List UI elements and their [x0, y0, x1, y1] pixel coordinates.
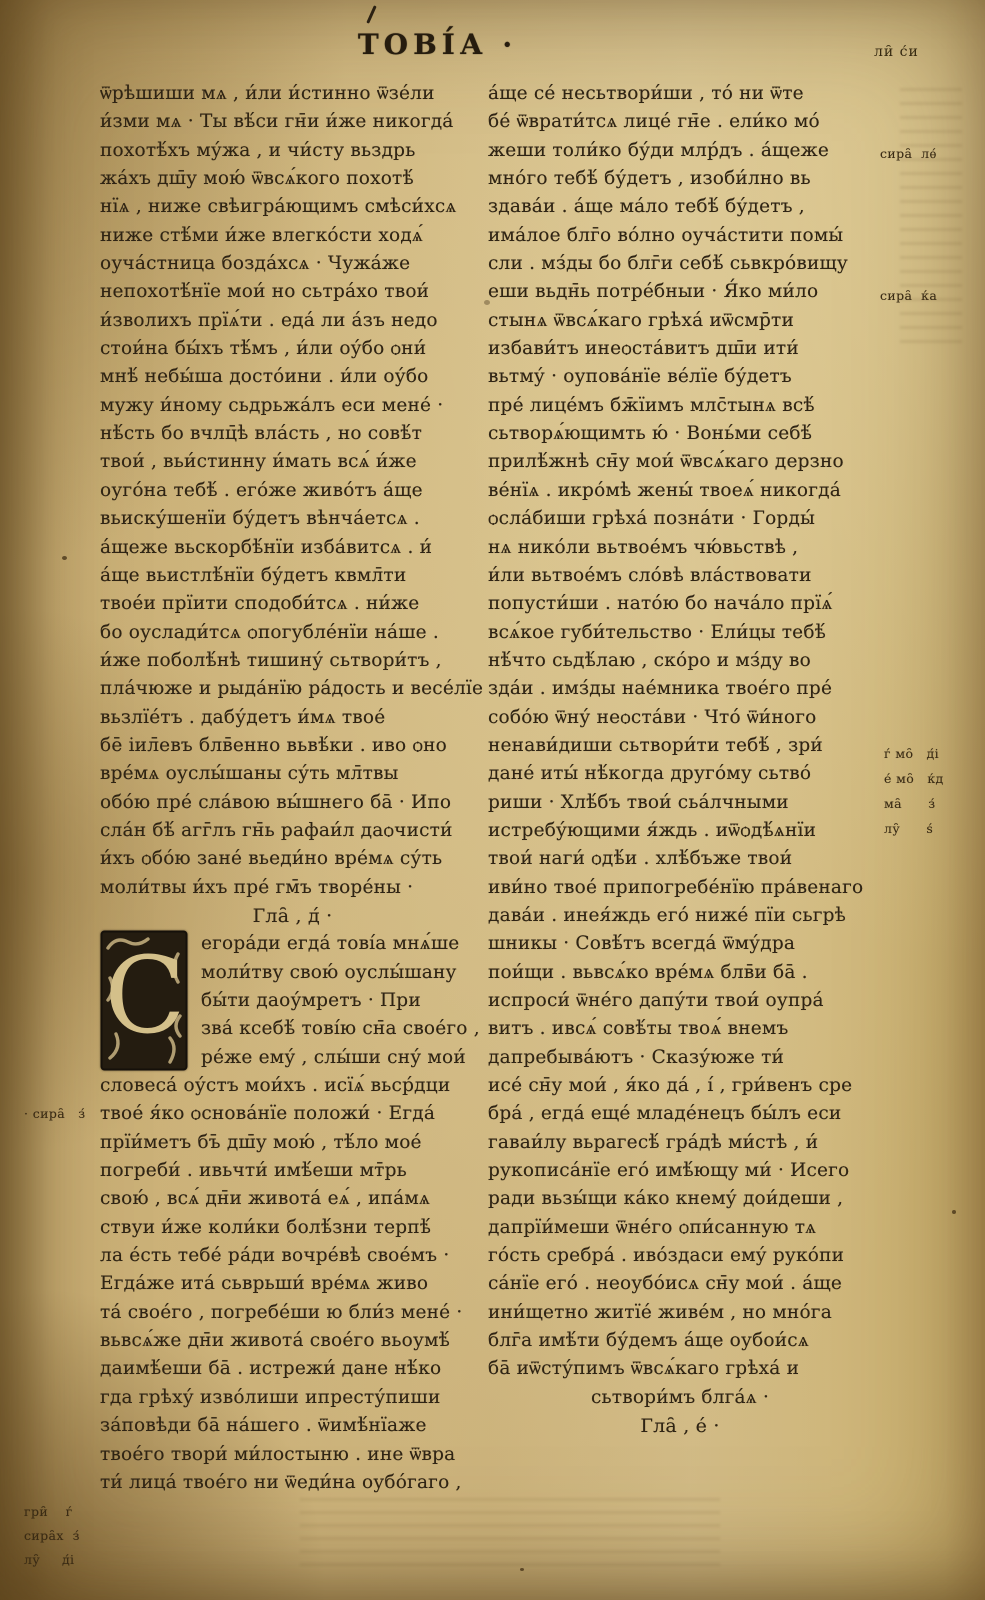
text-line: твое́и прїити сподоби́тсѧ . ни́же: [100, 590, 485, 618]
text-line: ини́щетно житїе́ живе́м , но мно́га: [488, 1299, 872, 1327]
text-line: избави́тъ инеѻста́витъ дш̄и ити́: [488, 335, 872, 363]
text-line: ре́же ему́ , слы́ши сну́ мои́: [201, 1044, 485, 1072]
text-line: ти́ лица́ твое́го ни ѿеди́на оубо́гаго ,: [100, 1469, 485, 1497]
text-line: рукописа́нїе его́ имѣ́ющу ми́ · Исего: [488, 1157, 872, 1185]
text-line: похотѣ́хъ му́жа , и чи́сту вьздрь: [100, 137, 485, 165]
paper-speck: [520, 1568, 524, 1571]
text-line: прилѣ́жнѣ сн̄у мои́ ѿвсѧ́каго дерзно: [488, 448, 872, 476]
text-line: има́лое блг̄о во́лно оуча́стити помы́: [488, 222, 872, 250]
margin-note-references: гри̑ ѓсира̑х з́лу̑ д́і: [24, 1428, 80, 1572]
margin-note-sirach: сира̑ ќа: [880, 288, 937, 303]
text-line: здава́и . а́ще ма́ло тебѣ́ бу́детъ ,: [488, 193, 872, 221]
text-line: еши вьдн̄ь потре́бныи · Я́ко ми́ло: [488, 278, 872, 306]
text-line: твое́го твори́ ми́лостыню . ине ѿвра: [100, 1441, 485, 1469]
text-line: и́же поболѣ́нѣ тишину́ сьтвори́тъ ,: [100, 647, 485, 675]
text-line: собо́ю ѿну́ неѻста́ви · Что́ ѿи́ного: [488, 704, 872, 732]
text-line: вьвсѧ́же дн̄и живота́ свое́го вьоумѣ́: [100, 1327, 485, 1355]
text-column-left: ѿрѣшиши мѧ , и́ли и́стинно ѿзе́лии́зми м…: [100, 80, 485, 1497]
text-line: за́повѣди ба̄ на́шего . ѿимѣ́нїаже: [100, 1412, 485, 1440]
initial-letter: С: [104, 934, 185, 1057]
text-line: бе́ ѿврати́тсѧ лице́ гн̄е . ели́ко мо́: [488, 108, 872, 136]
text-line: Егда́же ита́ сьврьши́ вре́мѧ живо: [100, 1270, 485, 1298]
text-line: егора́ди егда́ тові́а мнѧ́ше: [201, 930, 485, 958]
margin-ref-row: ма̑ з́: [884, 791, 944, 816]
text-line: нѣ́сть бо вчлц̄ѣ вла́сть , но совѣ́т: [100, 420, 485, 448]
text-line: нїѧ , ниже свѣигра́ющимъ смѣси́хсѧ: [100, 193, 485, 221]
text-line: бе̄ іил̄евъ блв̄енно вьвѣ́ки . иво ѻно: [100, 732, 485, 760]
text-line: испроси́ ѿне́го дапу́ти твои́ оупра́: [488, 987, 872, 1015]
text-line: истребу́ющими я́ждь . иѿѻдѣ́ѧнїи: [488, 817, 872, 845]
text-line: непохотѣ́нїе мои́ но сьтра́хо твои́: [100, 278, 485, 306]
text-line: свою́ , всѧ́ дн̄и живота́ еѧ́ , ипа́мѧ: [100, 1185, 485, 1213]
text-line: пои́щи . вьвсѧ́ко вре́мѧ блв̄и ба̄ .: [488, 959, 872, 987]
dropcap-row: С егора́ди егда́ тові́а мнѧ́шемоли́тву с…: [100, 930, 485, 1072]
text-line: а́щеже вьскорбѣ́нїи изба́витсѧ . и́: [100, 534, 485, 562]
text-line: дапрїи́меши ѿне́го ѻпи́санную тѧ: [488, 1214, 872, 1242]
text-line: сьтворѧ́ющимть ю́ · Вонь́ми себѣ́: [488, 420, 872, 448]
paper-speck: [62, 556, 67, 560]
left-lines-bottom: словеса́ оу́стъ мои́хъ . исїѧ́ вьср́дцит…: [100, 1072, 485, 1497]
text-line: и́зми мѧ · Ты вѣ́си гн̄и и́же никогда́: [100, 108, 485, 136]
chapter-heading-5: Гла̑ , е́ ·: [488, 1412, 872, 1440]
text-line: мужу и́ному сьдрьжа́лъ еси мене́ ·: [100, 392, 485, 420]
margin-note-sirach: · сира̑ з́: [24, 1106, 85, 1121]
right-lines: а́ще се́ несьтвори́ши , то́ ни ѿтебе́ ѿв…: [488, 80, 872, 1384]
book-page: ТОВІ́А · ли̑ с́и ѿрѣшиши мѧ , и́ли и́сти…: [0, 0, 985, 1600]
ornate-woodcut-initial: С: [100, 930, 188, 1071]
text-line: вьиску́шенїи бу́детъ вѣнча́етсѧ .: [100, 505, 485, 533]
text-line: моли́твы и́хъ пре́ гм̄ъ творе́ны ·: [100, 874, 485, 902]
text-line: дане́ иты́ нѣ́когда друго́му сьтво́: [488, 760, 872, 788]
text-line: пре́ лице́мъ бж̄їимъ млс̄тынѧ всѣ́: [488, 392, 872, 420]
text-line: ве́нїѧ . икро́мѣ жены́ твоеѧ́ никогда́: [488, 477, 872, 505]
text-line: твое́ я́ко ѻснова́нїе положи́ · Егда́: [100, 1100, 485, 1128]
margin-note-sirach: сира̑ лѳ́: [880, 146, 937, 161]
text-line: иви́но твое́ припогребе́нїю пра́венаго: [488, 874, 872, 902]
text-line: зва́ ксебѣ́ тові́ю сн̄а свое́го ,: [201, 1015, 485, 1043]
text-line: са́нїе его́ . неоубо́исѧ сн̄у мои́ . а́щ…: [488, 1270, 872, 1298]
text-line: гаваи́лу вьрагесѣ́ гра́дѣ ми́стѣ , и́: [488, 1129, 872, 1157]
text-line: мно́го тебѣ́ бу́детъ , изоби́лно вь: [488, 165, 872, 193]
text-line: попусти́ши . нато́ю бо нача́ло прїѧ́: [488, 590, 872, 618]
text-line: твои́ наги́ ѻдѣ́и . хлѣ́бъже твои́: [488, 845, 872, 873]
margin-ref-row: сира̑х з́: [24, 1524, 80, 1548]
text-line: пла́чюже и рыда́нїю ра́дость и весе́лїе: [100, 675, 485, 703]
margin-ref-row: лу̑ д́і: [24, 1548, 80, 1572]
text-line: стои́на бы́хъ тѣ́мъ , и́ли оу́бо ѻни́: [100, 335, 485, 363]
text-column-right: а́ще се́ несьтвори́ши , то́ ни ѿтебе́ ѿв…: [488, 80, 872, 1441]
text-line: твои́ , вьи́стинну и́мать всѧ́ и́же: [100, 448, 485, 476]
text-line: исе́ сн̄у мои́ , я́ко да́ , і́ , гри́вен…: [488, 1072, 872, 1100]
text-line: дапребыва́ютъ · Сказу́юже ти́: [488, 1044, 872, 1072]
text-line: нѧ нико́ли вьтвое́мъ чю́вьствѣ ,: [488, 534, 872, 562]
text-line: блг̄а имѣ́ти бу́демъ а́ще оубои́сѧ: [488, 1327, 872, 1355]
text-line: оуча́стница бозда́хсѧ · Чужа́же: [100, 250, 485, 278]
text-line: гда грѣху́ изво́лиши ипресту́пиши: [100, 1384, 485, 1412]
left-lines-top: ѿрѣшиши мѧ , и́ли и́стинно ѿзе́лии́зми м…: [100, 80, 485, 902]
text-line: стынѧ ѿвсѧ́каго грѣха́ иѿсмр̄ти: [488, 307, 872, 335]
text-line: жа́хъ дш̄у мою́ ѿвсѧ́кого похотѣ́: [100, 165, 485, 193]
text-line: зда́и . имз́ды нае́мника твое́го пре́: [488, 675, 872, 703]
ink-mark: [366, 5, 376, 24]
margin-ref-row: лу̑ ѕ́: [884, 816, 944, 841]
text-line: и́ли вьтвое́мъ сло́вѣ вла́ствовати: [488, 562, 872, 590]
left-lines-beside-initial: егора́ди егда́ тові́а мнѧ́шемоли́тву сво…: [201, 930, 485, 1072]
text-line: погреби́ . ивьчти́ имѣ́еши мт̄рь: [100, 1157, 485, 1185]
folio-marker: ли̑ с́и: [874, 44, 919, 60]
text-line: вьтму́ · оупова́нїе ве́лїе бу́детъ: [488, 363, 872, 391]
margin-note-references: ѓ мо̑ д́іе́ мо̑ ќдма̑ з́лу̑ ѕ́: [884, 666, 944, 841]
showthrough-block: [900, 88, 962, 343]
text-line: ѿрѣшиши мѧ , и́ли и́стинно ѿзе́ли: [100, 80, 485, 108]
margin-ref-row: ѓ мо̑ д́і: [884, 741, 944, 766]
text-line: и́зволихъ прїѧ́ти . еда́ ли а́зъ недо: [100, 307, 485, 335]
text-line: ствуи и́же коли́ки болѣ́зни терпѣ́: [100, 1214, 485, 1242]
text-line: моли́тву свою́ оуслы́шану: [201, 959, 485, 987]
text-line: ла е́сть тебе́ ра́ди вочре́вѣ свое́мъ ·: [100, 1242, 485, 1270]
text-line: сла́н бѣ́ агг̄лъ гн̄ь рафаи́л даѻчисти́: [100, 817, 485, 845]
showthrough-block: [300, 1498, 720, 1568]
text-line: ненави́диши сьтвори́ти тебѣ́ , зри́: [488, 732, 872, 760]
text-line: го́сть сребра́ . иво́здаси ему́ руко́пи: [488, 1242, 872, 1270]
text-line: ниже стѣ́ми и́же влегко́сти ходѧ́: [100, 222, 485, 250]
text-line: риши · Хлѣ́бъ твои́ сьа́лчными: [488, 789, 872, 817]
text-line: даимѣ́еши ба̄ . истрежи́ дане нѣ́ко: [100, 1355, 485, 1383]
page-title: ТОВІ́А ·: [0, 28, 875, 61]
text-line: жеши толи́ко бу́ди млр́дъ . а́щеже: [488, 137, 872, 165]
text-line: сли . мз́ды бо блг̄и себѣ́ сьвкро́вищу: [488, 250, 872, 278]
margin-ref-row: гри̑ ѓ: [24, 1500, 80, 1524]
text-line: а́ще вьистлѣ́нїи бу́детъ квмл̄ти: [100, 562, 485, 590]
text-line: шникы · Совѣ́тъ всегда́ ѿму́дра: [488, 930, 872, 958]
text-line: словеса́ оу́стъ мои́хъ . исїѧ́ вьср́дци: [100, 1072, 485, 1100]
text-line: вьзлїе́тъ . дабу́детъ и́мѧ твое́: [100, 704, 485, 732]
text-line: ѻсла́биши грѣха́ позна́ти · Горды́: [488, 505, 872, 533]
text-line: обо́ю пре́ сла́вою вы́шнего ба̄ · Ипо: [100, 789, 485, 817]
closing-line: сьтвори́мъ блга́ѧ ·: [488, 1384, 872, 1412]
margin-ref-row: е́ мо̑ ќд: [884, 766, 944, 791]
text-line: бра́ , егда́ еще́ младе́нецъ бы́лъ еси: [488, 1100, 872, 1128]
text-line: бо оуслади́тсѧ ѻпогубле́нїи на́ше .: [100, 619, 485, 647]
text-line: всѧ́кое губи́тельство · Ели́цы тебѣ́: [488, 619, 872, 647]
text-line: дава́и . инея́ждь его́ ниже́ пїи сьгрѣ: [488, 902, 872, 930]
text-line: витъ . ивсѧ́ совѣ́ты твоѧ́ внемъ: [488, 1015, 872, 1043]
text-line: ба̄ иѿсту́пимъ ѿвсѧ́каго грѣха́ и: [488, 1355, 872, 1383]
text-line: и́хъ ѻбо́ю зане́ вьеди́но вре́мѧ су́ть: [100, 845, 485, 873]
text-line: бы́ти даоу́мретъ · При: [201, 987, 485, 1015]
text-line: нѣ́что сьдѣ́лаю , ско́ро и мз́ду во: [488, 647, 872, 675]
text-line: оуго́на тебѣ́ . его́же живо́тъ а́ще: [100, 477, 485, 505]
chapter-heading-4: Гла̑ , д́ ·: [100, 902, 485, 930]
paper-speck: [952, 1210, 956, 1214]
text-line: ради вьзы́щи ка́ко кнему́ дои́деши ,: [488, 1185, 872, 1213]
text-line: та́ свое́го , погребе́ши ю бли́з мене́ ·: [100, 1299, 485, 1327]
text-line: мнѣ́ небы́ша досто́ини . и́ли оу́бо: [100, 363, 485, 391]
text-line: а́ще се́ несьтвори́ши , то́ ни ѿте: [488, 80, 872, 108]
text-line: вре́мѧ оуслы́шаны су́ть мл̄твы: [100, 760, 485, 788]
text-line: прїи́метъ бъ̄ дш̄у мою́ , тѣ́ло мое́: [100, 1129, 485, 1157]
